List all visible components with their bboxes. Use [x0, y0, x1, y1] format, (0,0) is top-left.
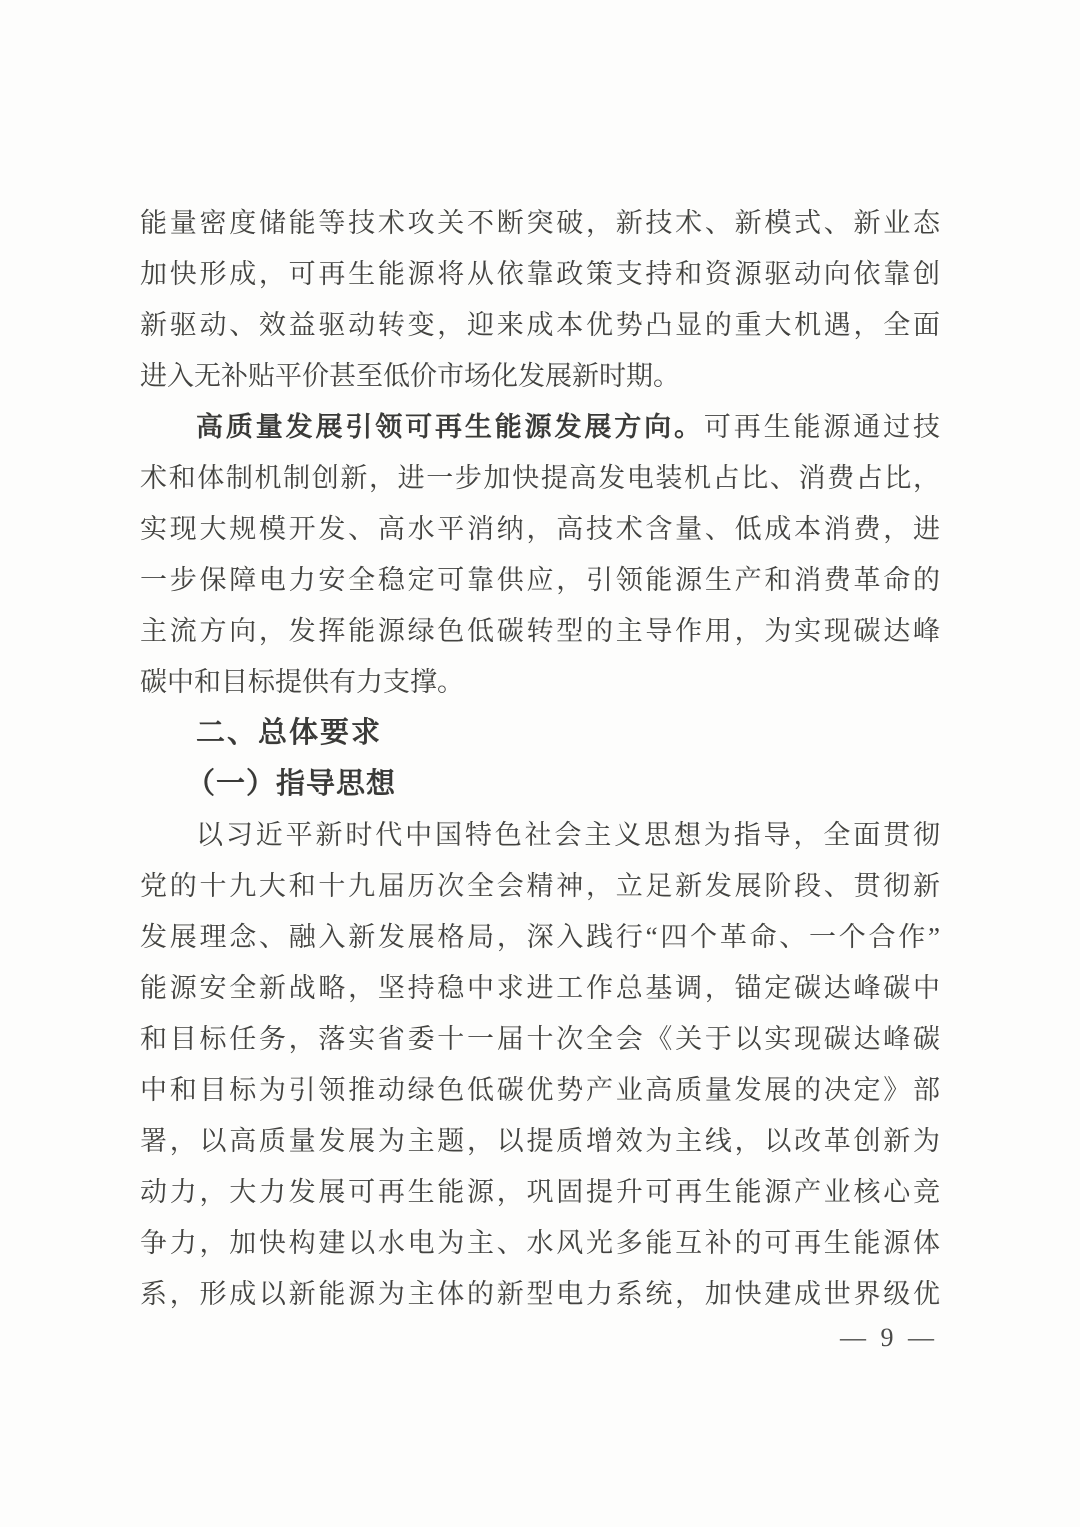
text-line: 党的十九大和十九届历次全会精神，立足新发展阶段、贯彻新: [140, 861, 940, 912]
text-line: 碳中和目标提供有力支撑。: [140, 657, 940, 708]
text-line: 实现大规模开发、高水平消纳，高技术含量、低成本消费，进: [140, 504, 940, 555]
body-text: 发展理念、融入新发展格局，深入践行“四个革命、一个合作”: [140, 922, 940, 952]
section-heading: 二、总体要求: [140, 708, 940, 759]
body-text: 实现大规模开发、高水平消纳，高技术含量、低成本消费，进: [140, 514, 940, 544]
text-line: 一步保障电力安全稳定可靠供应，引领能源生产和消费革命的: [140, 555, 940, 606]
body-text: 术和体制机制创新，进一步加快提高发电装机占比、消费占比，: [140, 463, 940, 493]
body-text: 进入无补贴平价甚至低价市场化发展新时期。: [140, 361, 680, 391]
body-text: 加快形成，可再生能源将从依靠政策支持和资源驱动向依靠创: [140, 259, 940, 289]
body-text: 署，以高质量发展为主题，以提质增效为主线，以改革创新为: [140, 1126, 940, 1156]
text-line: 加快形成，可再生能源将从依靠政策支持和资源驱动向依靠创: [140, 249, 940, 300]
body-text: 一步保障电力安全稳定可靠供应，引领能源生产和消费革命的: [140, 565, 940, 595]
document-body: 能量密度储能等技术攻关不断突破，新技术、新模式、新业态加快形成，可再生能源将从依…: [140, 198, 940, 1320]
text-line: 中和目标为引领推动绿色低碳优势产业高质量发展的决定》部: [140, 1065, 940, 1116]
text-line: 动力，大力发展可再生能源，巩固提升可再生能源产业核心竞: [140, 1167, 940, 1218]
body-text: 争力，加快构建以水电为主、水风光多能互补的可再生能源体: [140, 1228, 940, 1258]
text-line: 主流方向，发挥能源绿色低碳转型的主导作用，为实现碳达峰: [140, 606, 940, 657]
paragraph: 能量密度储能等技术攻关不断突破，新技术、新模式、新业态加快形成，可再生能源将从依…: [140, 198, 940, 402]
text-line: 发展理念、融入新发展格局，深入践行“四个革命、一个合作”: [140, 912, 940, 963]
page-number: — 9 —: [840, 1320, 938, 1356]
text-line: 术和体制机制创新，进一步加快提高发电装机占比、消费占比，: [140, 453, 940, 504]
body-text: 系，形成以新能源为主体的新型电力系统，加快建成世界级优: [140, 1279, 940, 1309]
text-line: 和目标任务，落实省委十一届十次全会《关于以实现碳达峰碳: [140, 1014, 940, 1065]
document-page: 能量密度储能等技术攻关不断突破，新技术、新模式、新业态加快形成，可再生能源将从依…: [0, 0, 1080, 1527]
text-line: 系，形成以新能源为主体的新型电力系统，加快建成世界级优: [140, 1269, 940, 1320]
body-text: 主流方向，发挥能源绿色低碳转型的主导作用，为实现碳达峰: [140, 616, 940, 646]
text-line: 高质量发展引领可再生能源发展方向。可再生能源通过技: [140, 402, 940, 453]
body-text: 以习近平新时代中国特色社会主义思想为指导，全面贯彻: [196, 820, 940, 850]
text-line: 署，以高质量发展为主题，以提质增效为主线，以改革创新为: [140, 1116, 940, 1167]
text-line: 争力，加快构建以水电为主、水风光多能互补的可再生能源体: [140, 1218, 940, 1269]
body-text: 能量密度储能等技术攻关不断突破，新技术、新模式、新业态: [140, 208, 940, 238]
body-text: 和目标任务，落实省委十一届十次全会《关于以实现碳达峰碳: [140, 1024, 940, 1054]
text-line: 新驱动、效益驱动转变，迎来成本优势凸显的重大机遇，全面: [140, 300, 940, 351]
body-text: 党的十九大和十九届历次全会精神，立足新发展阶段、贯彻新: [140, 871, 940, 901]
body-text: 中和目标为引领推动绿色低碳优势产业高质量发展的决定》部: [140, 1075, 940, 1105]
body-text: 能源安全新战略，坚持稳中求进工作总基调，锚定碳达峰碳中: [140, 973, 940, 1003]
text-line: 进入无补贴平价甚至低价市场化发展新时期。: [140, 351, 940, 402]
body-text: 动力，大力发展可再生能源，巩固提升可再生能源产业核心竞: [140, 1177, 940, 1207]
body-text: 可再生能源通过技: [704, 412, 940, 442]
paragraph: 以习近平新时代中国特色社会主义思想为指导，全面贯彻党的十九大和十九届历次全会精神…: [140, 810, 940, 1320]
section-heading: （一）指导思想: [140, 759, 940, 810]
body-text: 新驱动、效益驱动转变，迎来成本优势凸显的重大机遇，全面: [140, 310, 940, 340]
text-line: 能量密度储能等技术攻关不断突破，新技术、新模式、新业态: [140, 198, 940, 249]
body-text: 碳中和目标提供有力支撑。: [140, 667, 464, 697]
paragraph: 高质量发展引领可再生能源发展方向。可再生能源通过技术和体制机制创新，进一步加快提…: [140, 402, 940, 708]
text-line: 以习近平新时代中国特色社会主义思想为指导，全面贯彻: [140, 810, 940, 861]
text-line: 能源安全新战略，坚持稳中求进工作总基调，锚定碳达峰碳中: [140, 963, 940, 1014]
bold-lead-text: 高质量发展引领可再生能源发展方向。: [196, 412, 704, 442]
